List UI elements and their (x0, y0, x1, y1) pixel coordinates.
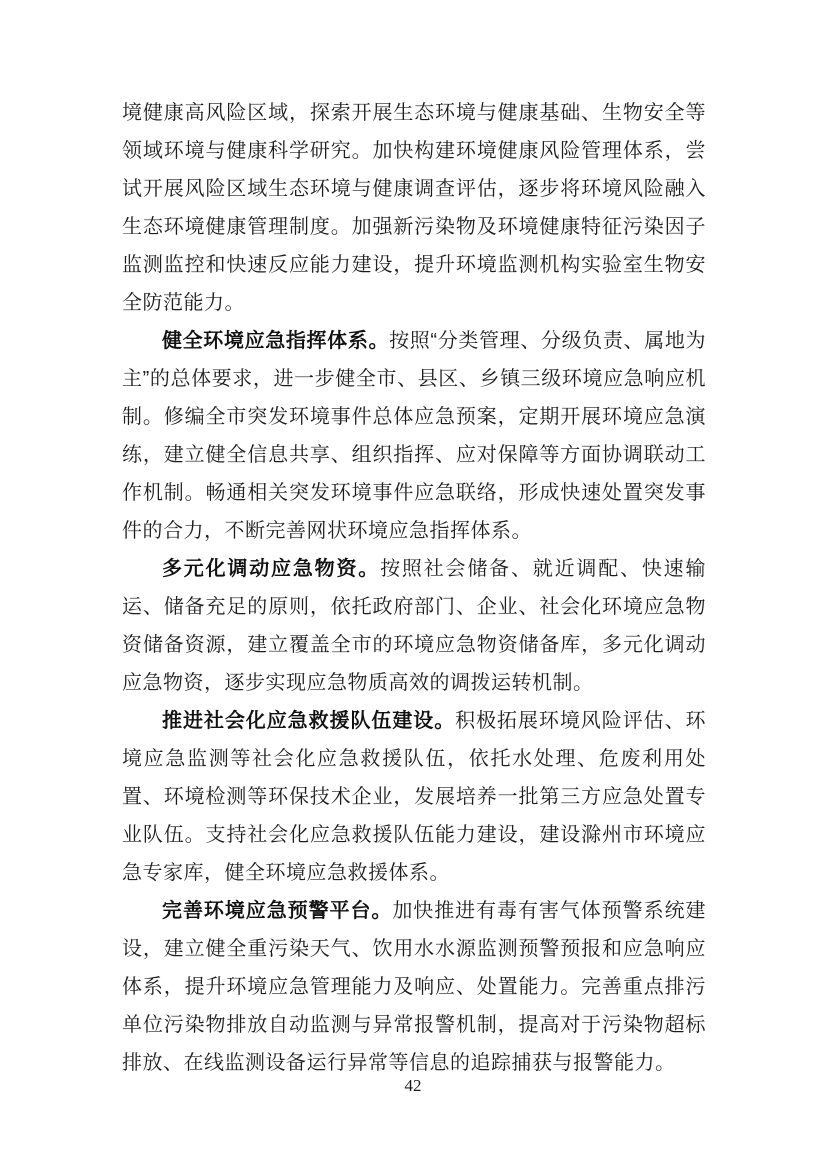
paragraph-text: 积极拓展环境风险评估、环境应急监测等社会化应急救援队伍，依托水处理、危废利用处置… (122, 710, 706, 884)
paragraph-heading: 多元化调动应急物资。 (162, 558, 380, 580)
paragraph: 健全环境应急指挥体系。按照“分类管理、分级负责、属地为主”的总体要求，进一步健全… (122, 322, 706, 550)
page-body-text: 境健康高风险区域，探索开展生态环境与健康基础、生物安全等领域环境与健康科学研究。… (122, 94, 706, 1082)
page-footer: 42 (0, 1076, 826, 1096)
paragraph: 多元化调动应急物资。按照社会储备、就近调配、快速输运、储备充足的原则，依托政府部… (122, 550, 706, 702)
paragraph-text: 加快推进有毒有害气体预警系统建设，建立健全重污染天气、饮用水水源监测预警预报和应… (122, 900, 706, 1074)
paragraph-text: 按照“分类管理、分级负责、属地为主”的总体要求，进一步健全市、县区、乡镇三级环境… (122, 330, 706, 542)
paragraph-heading: 完善环境应急预警平台。 (162, 900, 392, 922)
paragraph-heading: 健全环境应急指挥体系。 (162, 330, 389, 352)
page-number: 42 (405, 1076, 422, 1095)
paragraph: 境健康高风险区域，探索开展生态环境与健康基础、生物安全等领域环境与健康科学研究。… (122, 94, 706, 322)
paragraph: 推进社会化应急救援队伍建设。积极拓展环境风险评估、环境应急监测等社会化应急救援队… (122, 702, 706, 892)
paragraph-heading: 推进社会化应急救援队伍建设。 (162, 710, 455, 732)
document-page: 境健康高风险区域，探索开展生态环境与健康基础、生物安全等领域环境与健康科学研究。… (0, 0, 826, 1169)
paragraph-text: 境健康高风险区域，探索开展生态环境与健康基础、生物安全等领域环境与健康科学研究。… (122, 102, 706, 314)
paragraph: 完善环境应急预警平台。加快推进有毒有害气体预警系统建设，建立健全重污染天气、饮用… (122, 892, 706, 1082)
